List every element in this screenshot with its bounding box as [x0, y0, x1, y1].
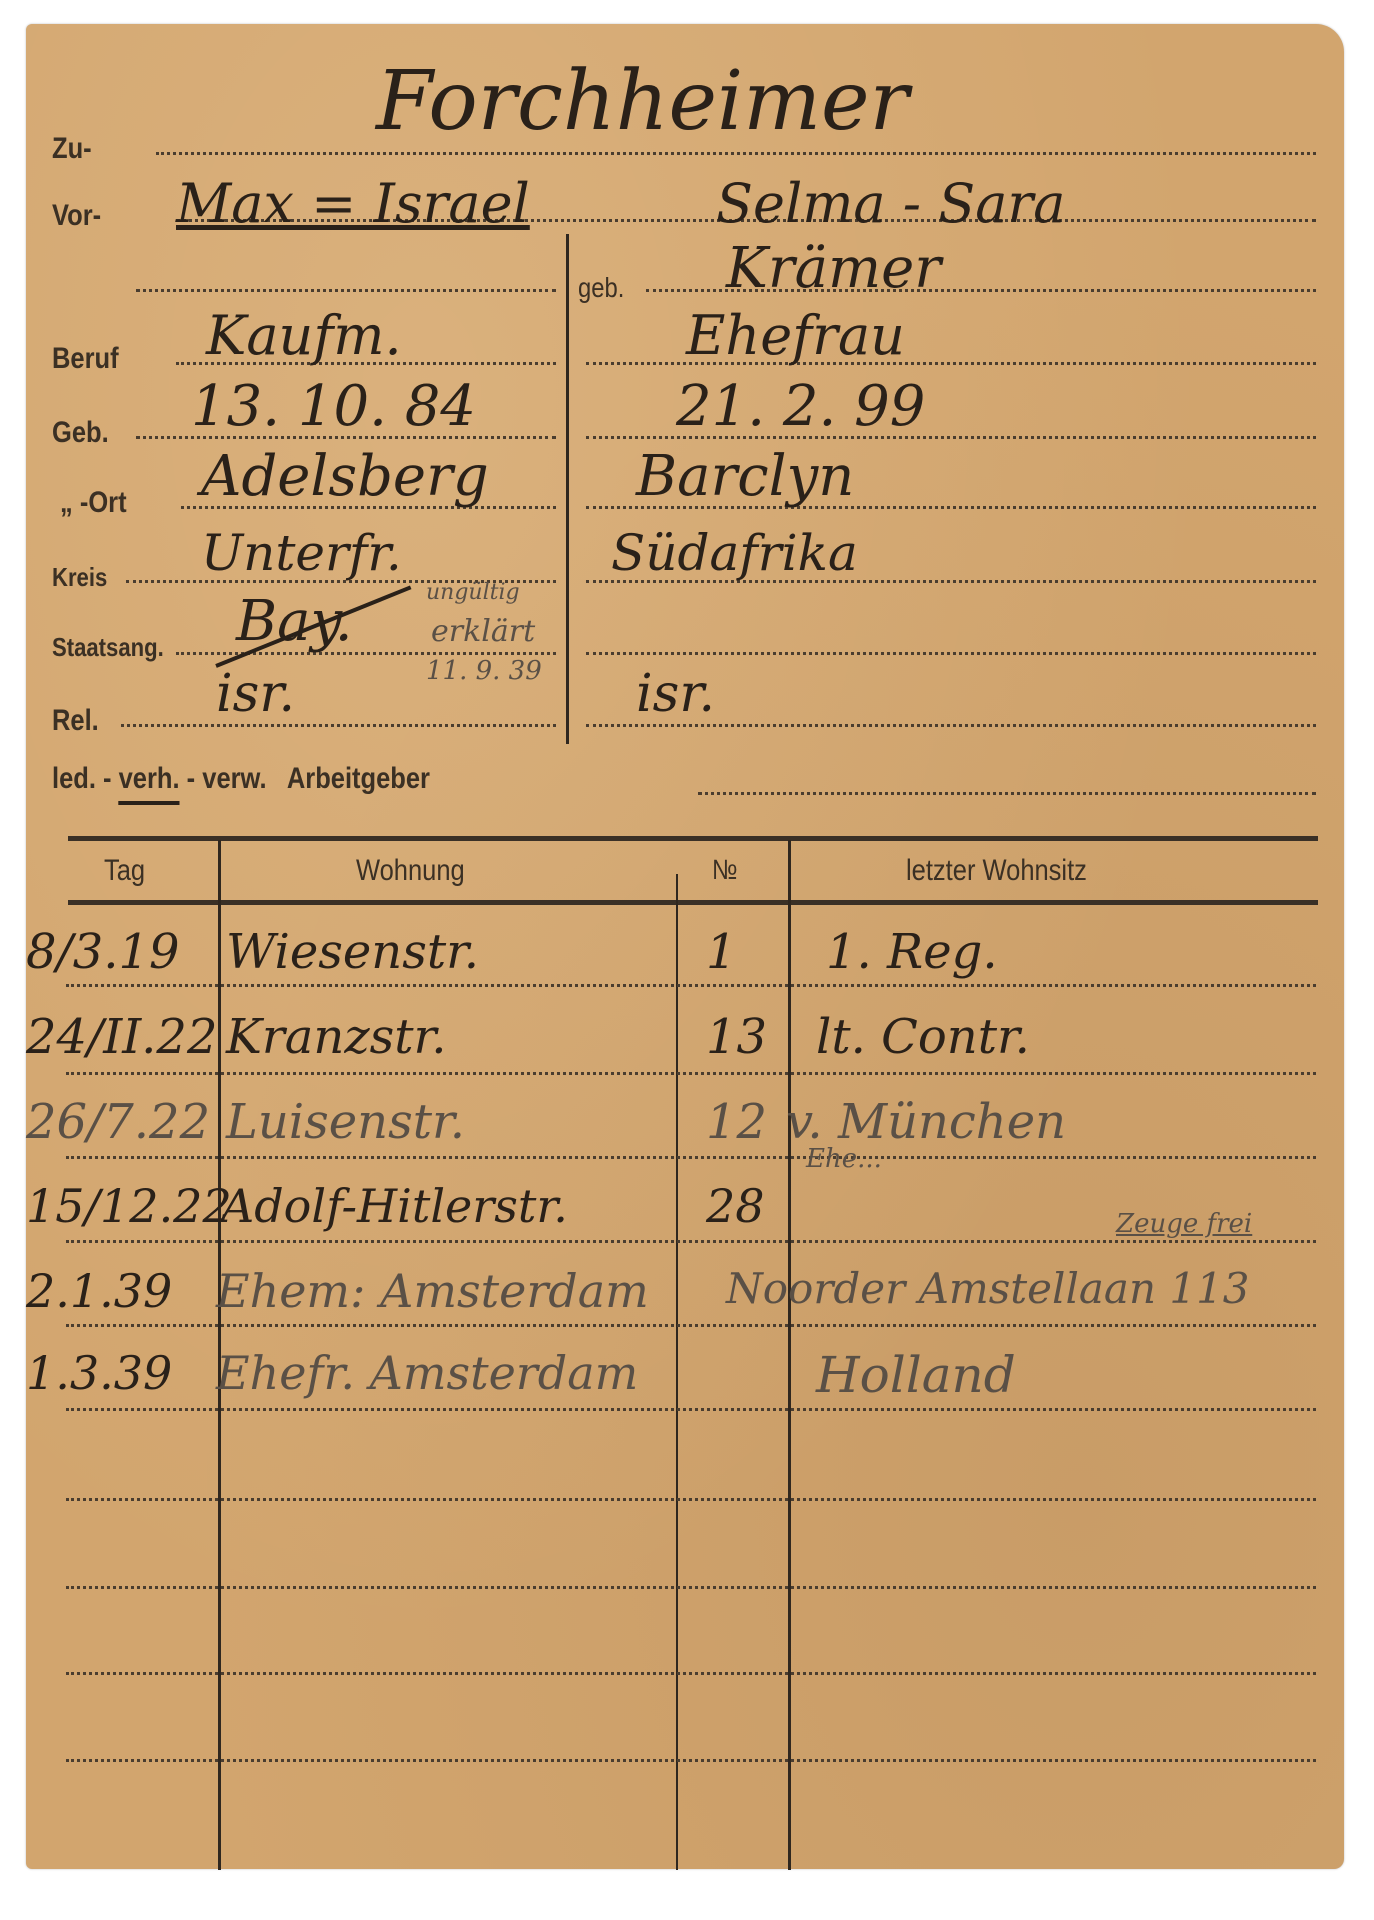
separator: - — [187, 762, 196, 795]
birth-date-value: 13. 10. 84 — [191, 374, 476, 439]
row-date: 24/II.22 — [26, 1009, 218, 1065]
row-previous: lt. Contr. — [816, 1009, 1030, 1065]
row-number: 1 — [706, 924, 737, 980]
dotted-line — [698, 792, 1316, 795]
label-birth-place: „ -Ort — [60, 486, 127, 520]
marital-married-underlined: verh. — [119, 762, 180, 805]
marital-single: led. — [52, 762, 96, 795]
dotted-line — [136, 289, 556, 292]
row-address: Adolf-Hitlerstr. — [221, 1179, 568, 1233]
dotted-line — [176, 652, 556, 655]
table-column-divider — [788, 840, 791, 1870]
row-previous: 1. Reg. — [826, 924, 998, 980]
label-citizenship: Staatsang. — [52, 632, 164, 663]
row-address: Kranzstr. — [226, 1009, 446, 1065]
birth-place-value: Adelsberg — [201, 444, 489, 509]
label-birth-date: Geb. — [52, 416, 109, 450]
table-row-line — [66, 1072, 1316, 1075]
spouse-maiden-name: Krämer — [726, 236, 941, 301]
table-top-rule — [68, 836, 1318, 841]
row-date: 2.1.39 — [26, 1264, 172, 1318]
marital-status-row: led. - verh. - verw. Arbeitgeber — [52, 762, 430, 796]
row-number: 12 — [706, 1094, 767, 1150]
spouse-occupation-value: Ehefrau — [686, 304, 905, 367]
spouse-birth-date-value: 21. 2. 99 — [676, 374, 925, 439]
row-address: Ehefr. Amsterdam — [216, 1346, 638, 1400]
dotted-line — [586, 652, 1316, 655]
row-address: Wiesenstr. — [226, 924, 479, 980]
table-column-divider — [676, 874, 678, 1870]
occupation-value: Kaufm. — [206, 304, 402, 367]
table-row-line — [66, 1672, 1316, 1675]
row-date: 15/12.22 — [26, 1179, 232, 1233]
row-date: 8/3.19 — [26, 924, 180, 980]
row-address: Luisenstr. — [226, 1094, 465, 1150]
label-religion: Rel. — [52, 704, 99, 738]
citizenship-note-invalid: ungültig — [426, 580, 520, 605]
row-previous: Holland — [816, 1346, 1016, 1404]
dotted-line — [156, 152, 1316, 155]
label-surname: Zu- — [52, 132, 92, 166]
firstname-value: Max = Israel — [176, 172, 530, 235]
label-firstname: Vor- — [52, 199, 101, 233]
row-date: 26/7.22 — [26, 1094, 210, 1150]
spouse-birth-place-value: Barclyn — [636, 444, 854, 509]
label-born-maiden: geb. — [578, 272, 624, 304]
table-header-rule — [68, 900, 1318, 905]
dotted-line — [121, 724, 556, 727]
row-number: 28 — [706, 1179, 765, 1233]
table-row-line — [66, 984, 1316, 987]
citizenship-note-declared: erklärt — [431, 614, 535, 649]
table-row-line — [66, 1240, 1316, 1243]
row-previous: v. München — [786, 1094, 1066, 1150]
marital-widowed: verw. — [202, 762, 266, 795]
surname-value: Forchheimer — [376, 54, 909, 149]
separator: - — [103, 762, 112, 795]
row-previous: Noorder Amstellaan 113 — [726, 1264, 1250, 1313]
header-number: № — [712, 854, 738, 886]
religion-value: isr. — [216, 664, 295, 724]
table-row-line — [66, 1324, 1316, 1327]
header-previous-residence: letzter Wohnsitz — [906, 854, 1087, 888]
spouse-religion-value: isr. — [636, 664, 715, 724]
spouse-district-value: Südafrika — [611, 524, 858, 582]
table-row-line — [66, 1759, 1316, 1762]
row-date: 1.3.39 — [26, 1346, 172, 1400]
table-row-line — [66, 1156, 1316, 1159]
label-district: Kreis — [52, 562, 107, 593]
row-address: Ehem: Amsterdam — [216, 1264, 649, 1318]
spouse-firstname-value: Selma - Sara — [716, 172, 1065, 235]
table-row-line — [66, 1498, 1316, 1501]
table-row-line — [66, 1408, 1316, 1411]
citizenship-value: Bay. — [236, 589, 353, 654]
row-number: 13 — [706, 1009, 767, 1065]
header-residence: Wohnung — [356, 854, 465, 888]
registration-card: Zu- Forchheimer Vor- Max = Israel Selma … — [26, 24, 1344, 1869]
row-previous: Ehe... — [806, 1144, 882, 1174]
district-value: Unterfr. — [201, 524, 402, 582]
header-day: Tag — [104, 854, 145, 888]
label-occupation: Beruf — [52, 342, 119, 376]
citizenship-note-date: 11. 9. 39 — [426, 656, 542, 686]
dotted-line — [586, 724, 1316, 727]
column-divider — [566, 234, 569, 744]
label-employer: Arbeitgeber — [287, 762, 430, 795]
margin-note: Zeuge frei — [1116, 1209, 1252, 1239]
table-row-line — [66, 1586, 1316, 1589]
